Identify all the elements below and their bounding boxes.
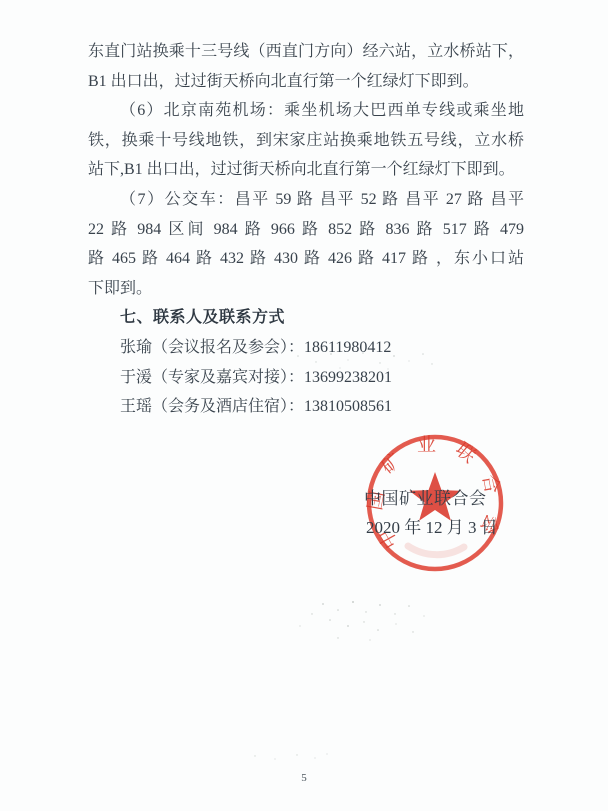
body-line: 王瑶（会务及酒店住宿）：13810508561 [88, 392, 524, 422]
page-number: 5 [0, 772, 608, 784]
section-heading: 七、联系人及联系方式 [88, 303, 524, 333]
signature-org: 中国矿业联合会 [364, 488, 487, 509]
body-line: B1 出口出，过过街天桥向北直行第一个红绿灯下即到。 [88, 67, 524, 97]
body-line: 东直门站换乘十三号线（西直门方向）经六站，立水桥站下， [88, 37, 524, 67]
seal-bottom-smudge [408, 546, 464, 555]
body-line: （7）公交车：昌平 59 路 昌平 52 路 昌平 27 路 昌平 [88, 185, 524, 215]
scan-speckles [245, 748, 335, 764]
scan-speckles [278, 596, 438, 648]
body-line: 路 465 路 464 路 432 路 430 路 426 路 417 路 ，东… [88, 244, 524, 274]
body-line: 22 路 984 区间 984 路 966 路 852 路 836 路 517 … [88, 215, 524, 245]
signature-date: 2020 年 12 月 3 日 [366, 517, 498, 538]
document-page: 东直门站换乘十三号线（西直门方向）经六站，立水桥站下，B1 出口出，过过街天桥向… [0, 0, 608, 811]
scan-speckles [290, 348, 440, 374]
body-line: （6）北京南苑机场：乘坐机场大巴西单专线或乘坐地 [88, 96, 524, 126]
body-line: 铁，换乘十号线地铁，到宋家庄站换乘地铁五号线，立水桥 [88, 126, 524, 156]
body-line: 站下,B1 出口出，过过街天桥向北直行第一个红绿灯下即到。 [88, 155, 524, 185]
body-line: 下即到。 [88, 274, 524, 304]
